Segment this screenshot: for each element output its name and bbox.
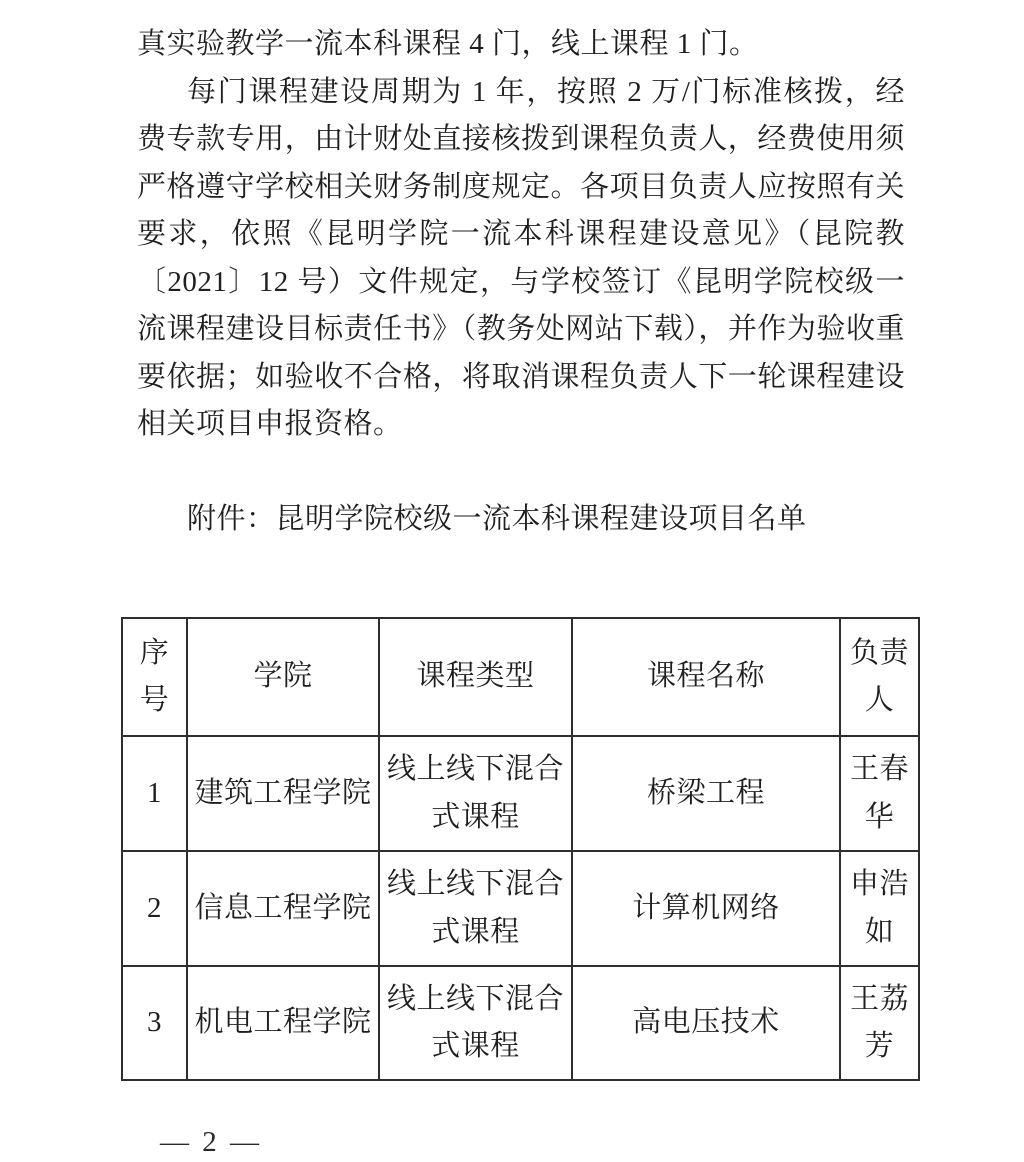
cell-course-type: 线上线下混合 式课程 [379, 736, 572, 851]
header-cell-course-name: 课程名称 [572, 618, 840, 736]
table-row: 2 信息工程学院 线上线下混合 式课程 计算机网络 申浩 如 [122, 851, 919, 966]
header-cell-college: 学院 [187, 618, 379, 736]
cell-no: 2 [122, 851, 187, 966]
cell-college: 信息工程学院 [187, 851, 379, 966]
table-row: 1 建筑工程学院 线上线下混合 式课程 桥梁工程 王春 华 [122, 736, 919, 851]
cell-college: 机电工程学院 [187, 966, 379, 1080]
cell-course-name: 高电压技术 [572, 966, 840, 1080]
cell-person: 王春 华 [840, 736, 919, 851]
cell-no: 3 [122, 966, 187, 1080]
document-page: 真实验教学一流本科课程 4 门，线上课程 1 门。 每门课程建设周期为 1 年，… [0, 0, 1024, 1162]
table-header-row: 序 号 学院 课程类型 课程名称 负责 人 [122, 618, 919, 736]
header-cell-course-type: 课程类型 [379, 618, 572, 736]
body-paragraph-main: 每门课程建设周期为 1 年，按照 2 万/门标准核拨，经费专款专用，由计财处直接… [137, 69, 905, 449]
table-row: 3 机电工程学院 线上线下混合 式课程 高电压技术 王荔 芳 [122, 966, 919, 1080]
cell-course-name: 桥梁工程 [572, 736, 840, 851]
page-number: — 2 — [160, 1119, 262, 1162]
cell-person: 申浩 如 [840, 851, 919, 966]
project-list-table: 序 号 学院 课程类型 课程名称 负责 人 1 建筑工程学院 线上线下混合 式课… [121, 617, 920, 1081]
attachment-line: 附件：昆明学院校级一流本科课程建设项目名单 [137, 496, 905, 544]
cell-person: 王荔 芳 [840, 966, 919, 1080]
cell-college: 建筑工程学院 [187, 736, 379, 851]
header-cell-no: 序 号 [122, 618, 187, 736]
cell-course-name: 计算机网络 [572, 851, 840, 966]
cell-no: 1 [122, 736, 187, 851]
body-paragraph-continuation: 真实验教学一流本科课程 4 门，线上课程 1 门。 [137, 21, 905, 69]
cell-course-type: 线上线下混合 式课程 [379, 851, 572, 966]
header-cell-person: 负责 人 [840, 618, 919, 736]
cell-course-type: 线上线下混合 式课程 [379, 966, 572, 1080]
